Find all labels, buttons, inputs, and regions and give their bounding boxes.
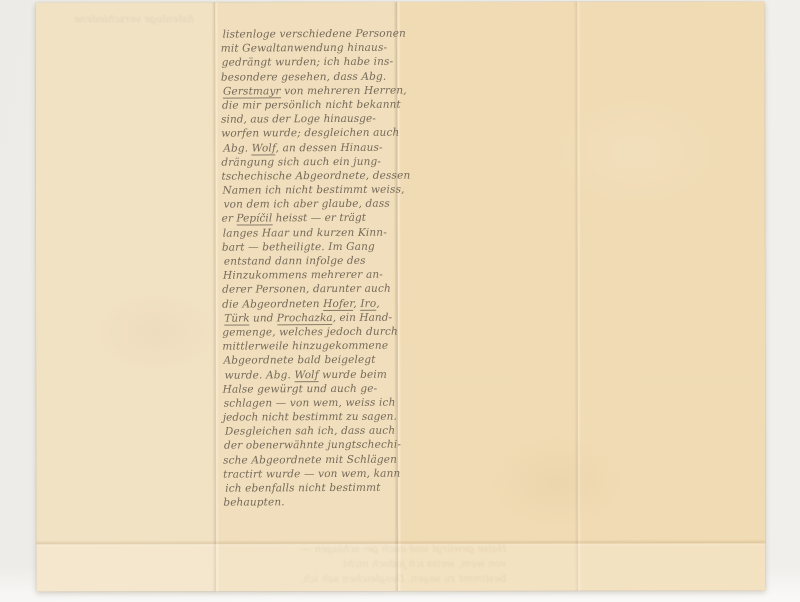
text-segment: von mehreren Herren, <box>281 84 407 97</box>
text-segment: wurde beim <box>319 368 387 380</box>
text-segment: mittlerweile hinzugekommene <box>222 340 388 353</box>
text-segment: , an dessen Hinaus- <box>276 141 383 154</box>
underlined-name: Türk <box>224 312 249 325</box>
manuscript-line: Hinzukommens mehrerer an- <box>223 269 402 284</box>
text-segment: listenloge verschiedene Personen <box>223 28 406 41</box>
text-segment: er <box>222 213 237 225</box>
underlined-name: Pepíčil <box>236 213 272 226</box>
text-segment: Abg. <box>223 142 252 154</box>
text-segment: entstand dann infolge des <box>224 255 366 268</box>
text-segment: und <box>250 312 277 324</box>
manuscript-text-column: listenloge verschiedene Personenmit Gewa… <box>221 28 404 511</box>
text-segment: die Abgeordneten <box>222 298 323 311</box>
underlined-name: Hofer <box>323 297 353 310</box>
text-segment: gemenge, welches jedoch durch <box>222 326 398 339</box>
text-segment: besondere gesehen, dass Abg. <box>221 70 387 83</box>
text-segment: worfen wurde; desgleichen auch <box>221 127 399 140</box>
manuscript-line: langes Haar und kurzen Kinn- <box>223 226 402 241</box>
manuscript-line: Desgleichen sah ich, dass auch <box>225 425 403 440</box>
manuscript-line: gedrängt wurden; ich habe ins- <box>222 56 401 71</box>
manuscript-line: die mir persönlich nicht bekannt <box>222 99 401 114</box>
manuscript-line: jedoch nicht bestimmt zu sagen. <box>223 411 403 426</box>
text-segment: Namen ich nicht bestimmt weiss, <box>222 184 404 197</box>
text-segment: derer Personen, darunter auch <box>222 283 391 296</box>
text-segment: Desgleichen sah ich, dass auch <box>225 425 395 438</box>
manuscript-line: gemenge, welches jedoch durch <box>222 326 402 341</box>
text-segment: bart — betheiligte. Im Gang <box>222 241 375 254</box>
text-segment: die mir persönlich nicht bekannt <box>222 99 401 112</box>
manuscript-line: worfen wurde; desgleichen auch <box>221 127 401 142</box>
document-paper: listenloge verschiedene Personen mit Gew… <box>36 1 766 591</box>
manuscript-line: Halse gewürgt und auch ge- <box>223 382 403 397</box>
text-segment: drängung sich auch ein jung- <box>221 155 381 168</box>
text-segment: , ein Hand- <box>333 311 392 323</box>
manuscript-line: mittlerweile hinzugekommene <box>222 340 402 355</box>
underlined-name: Gerstmayr <box>223 85 281 98</box>
manuscript-line: Namen ich nicht bestimmt weiss, <box>222 184 401 199</box>
manuscript-line: die Abgeordneten Hofer, Iro, <box>222 297 402 312</box>
manuscript-line: Türk und Prochazka, ein Hand- <box>224 311 402 326</box>
manuscript-line: Abg. Wolf, an dessen Hinaus- <box>223 141 401 156</box>
manuscript-line: tractirt wurde — von wem, kann <box>223 467 403 482</box>
text-segment: Hinzukommens mehrerer an- <box>223 269 383 282</box>
text-segment: gedrängt wurden; ich habe ins- <box>222 56 394 69</box>
manuscript-line: der obenerwähnte jungtschechi- <box>224 439 403 454</box>
manuscript-line: Abgeordnete bald beigelegt <box>223 354 402 369</box>
text-segment: tractirt wurde — von wem, kann <box>223 467 400 480</box>
text-segment: jedoch nicht bestimmt zu sagen. <box>223 411 397 424</box>
text-segment: sche Abgeordnete mit Schlägen <box>223 453 397 466</box>
underlined-name: Iro <box>360 297 376 310</box>
manuscript-line: derer Personen, darunter auch <box>222 283 402 298</box>
text-segment: tschechische Abgeordnete, dessen <box>221 169 410 182</box>
text-segment: sind, aus der Loge hinausge- <box>221 113 376 126</box>
bleed-through-text: listenloge verschiedene Personen mit Gew… <box>74 12 194 28</box>
paper-fold-vertical-left <box>212 2 220 591</box>
text-segment: , <box>376 297 380 309</box>
manuscript-line: entstand dann infolge des <box>224 255 402 270</box>
underlined-name: Prochazka <box>277 312 333 325</box>
text-segment: behaupten. <box>223 496 285 508</box>
paper-bottom-fold-panel <box>36 545 765 591</box>
manuscript-line: listenloge verschiedene Personen <box>223 28 401 43</box>
manuscript-line: ich ebenfalls nicht bestimmt <box>225 482 403 497</box>
underlined-name: Wolf <box>294 369 318 382</box>
photo-stage: listenloge verschiedene Personen mit Gew… <box>0 0 800 602</box>
text-segment: Halse gewürgt und auch ge- <box>223 382 378 395</box>
text-segment: wurde. Abg. <box>225 369 295 381</box>
text-segment: heisst — er trägt <box>272 212 366 225</box>
manuscript-line: besondere gesehen, dass Abg. <box>221 70 401 85</box>
manuscript-line: wurde. Abg. Wolf wurde beim <box>225 368 403 383</box>
manuscript-line: drängung sich auch ein jung- <box>221 155 401 170</box>
manuscript-line: mit Gewaltanwendung hinaus- <box>221 42 401 57</box>
text-segment: der obenerwähnte jungtschechi- <box>224 439 401 452</box>
text-segment: langes Haar und kurzen Kinn- <box>223 226 387 239</box>
manuscript-line: sind, aus der Loge hinausge- <box>221 113 401 128</box>
manuscript-line: sche Abgeordnete mit Schlägen <box>223 453 403 468</box>
manuscript-line: tschechische Abgeordnete, dessen <box>221 169 401 184</box>
underlined-name: Wolf <box>252 142 276 155</box>
manuscript-line: von dem ich aber glaube, dass <box>224 198 402 213</box>
text-segment: schlagen — von wem, weiss ich <box>224 397 396 410</box>
manuscript-line: Gerstmayr von mehreren Herren, <box>223 84 401 99</box>
text-segment: mit Gewaltanwendung hinaus- <box>221 42 388 55</box>
text-segment: ich ebenfalls nicht bestimmt <box>225 482 380 495</box>
text-segment: von dem ich aber glaube, dass <box>224 198 390 211</box>
manuscript-line: behaupten. <box>223 496 403 511</box>
manuscript-line: schlagen — von wem, weiss ich <box>224 396 403 411</box>
manuscript-line: bart — betheiligte. Im Gang <box>222 240 402 255</box>
manuscript-line: er Pepíčil heisst — er trägt <box>222 212 402 227</box>
paper-fold-vertical-right <box>574 2 582 591</box>
text-segment: Abgeordnete bald beigelegt <box>223 354 375 367</box>
